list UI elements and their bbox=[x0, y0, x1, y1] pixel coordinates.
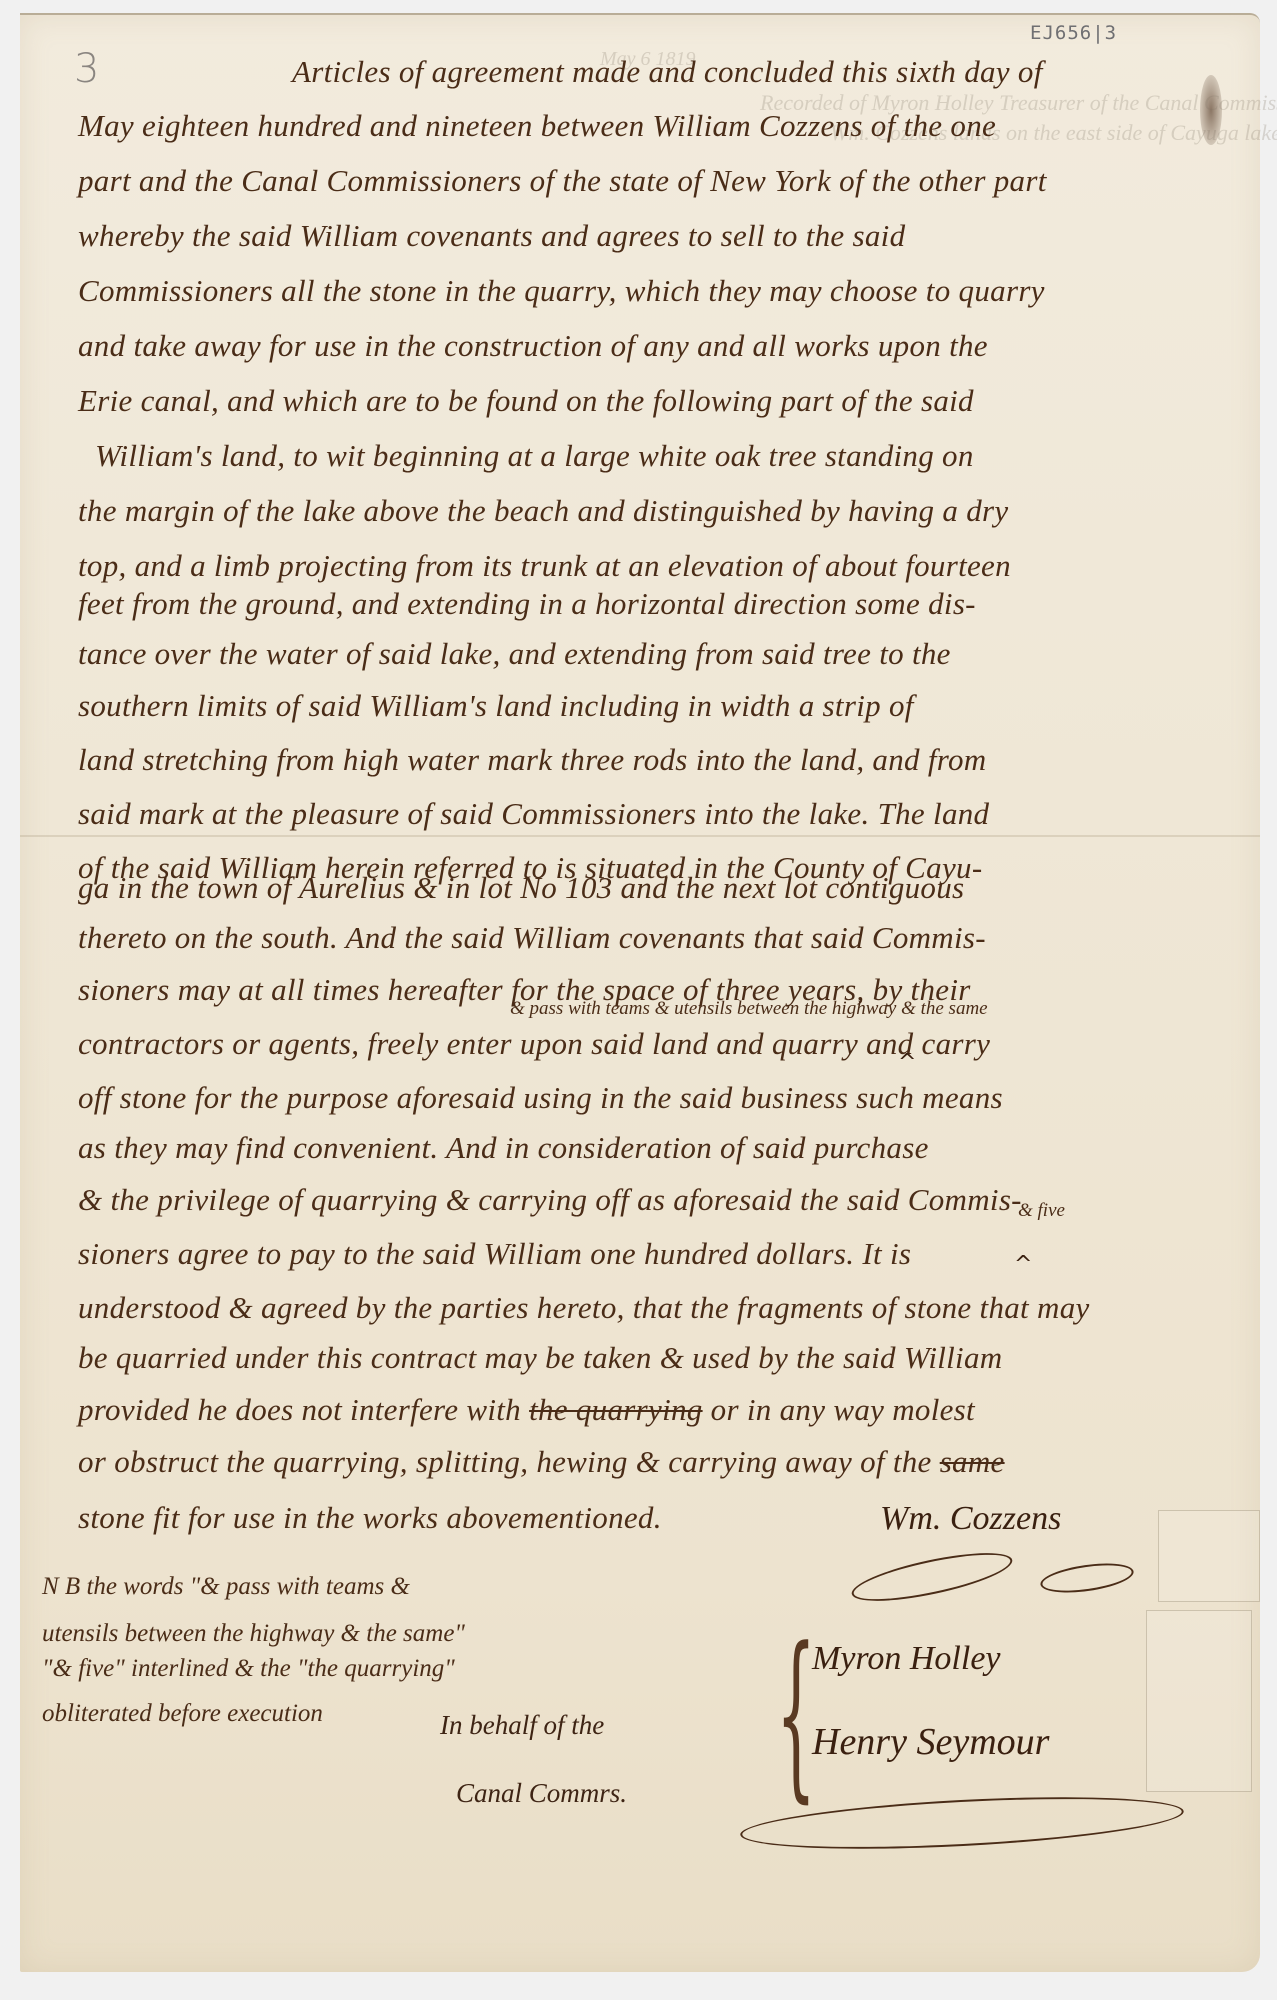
body-line-text: or in any way molest bbox=[711, 1392, 975, 1427]
body-line: tance over the water of said lake, and e… bbox=[78, 636, 951, 672]
body-line-with-deletion: provided he does not interfere with the … bbox=[78, 1392, 975, 1428]
body-line: and take away for use in the constructio… bbox=[78, 328, 988, 364]
body-line: May eighteen hundred and nineteen betwee… bbox=[78, 108, 996, 144]
nota-bene-line: "& five" interlined & the "the quarrying… bbox=[42, 1655, 455, 1683]
mounting-stub bbox=[1146, 1610, 1252, 1792]
struck-text: the quarrying bbox=[529, 1392, 703, 1427]
archive-stamp: EJ656|3 bbox=[1030, 22, 1117, 44]
body-line: land stretching from high water mark thr… bbox=[78, 742, 987, 778]
struck-text: same bbox=[940, 1444, 1005, 1479]
interlineation-pass-with-teams: & pass with teams & utensils between the… bbox=[510, 998, 988, 1020]
nota-bene-line: obliterated before execution bbox=[42, 1700, 323, 1728]
body-line: the margin of the lake above the beach a… bbox=[78, 493, 1008, 529]
body-line: part and the Canal Commissioners of the … bbox=[78, 163, 1047, 199]
body-line: top, and a limb projecting from its trun… bbox=[78, 548, 1011, 584]
interlineation-and-five: & five bbox=[1018, 1200, 1065, 1222]
body-line: contractors or agents, freely enter upon… bbox=[78, 1026, 990, 1062]
insertion-caret: ^ bbox=[1014, 1252, 1032, 1277]
body-line: Erie canal, and which are to be found on… bbox=[78, 383, 974, 419]
behalf-line: In behalf of the bbox=[440, 1710, 604, 1741]
mounting-stub bbox=[1158, 1510, 1260, 1602]
body-line: feet from the ground, and extending in a… bbox=[78, 586, 976, 622]
behalf-line: Canal Commrs. bbox=[456, 1778, 627, 1809]
body-line: as they may find convenient. And in cons… bbox=[78, 1130, 929, 1166]
insertion-caret: ^ bbox=[898, 1050, 916, 1075]
body-line: off stone for the purpose aforesaid usin… bbox=[78, 1080, 1003, 1116]
body-line: ga in the town of Aurelius & in lot No 1… bbox=[78, 870, 964, 906]
page-number: 3 bbox=[74, 46, 99, 92]
body-line: William's land, to wit beginning at a la… bbox=[95, 438, 974, 474]
body-line: said mark at the pleasure of said Commis… bbox=[78, 796, 989, 832]
body-line: southern limits of said William's land i… bbox=[78, 688, 914, 724]
body-line: & the privilege of quarrying & carrying … bbox=[78, 1182, 1022, 1218]
body-line-text: or obstruct the quarrying, splitting, he… bbox=[78, 1444, 932, 1479]
body-line: understood & agreed by the parties heret… bbox=[78, 1290, 1090, 1326]
signature-wm-cozzens: Wm. Cozzens bbox=[880, 1500, 1061, 1538]
body-line: be quarried under this contract may be t… bbox=[78, 1340, 1002, 1376]
body-line-with-deletion: or obstruct the quarrying, splitting, he… bbox=[78, 1444, 1005, 1480]
signature-henry-seymour: Henry Seymour bbox=[812, 1720, 1049, 1764]
body-line: Commissioners all the stone in the quarr… bbox=[78, 273, 1045, 309]
signature-myron-holley: Myron Holley bbox=[812, 1640, 1001, 1678]
body-line: sioners agree to pay to the said William… bbox=[78, 1236, 911, 1272]
body-line: whereby the said William covenants and a… bbox=[78, 218, 905, 254]
paper-fold-line bbox=[20, 835, 1260, 837]
body-line: thereto on the south. And the said Willi… bbox=[78, 920, 986, 956]
body-line: Articles of agreement made and concluded… bbox=[292, 54, 1043, 90]
nota-bene-line: N B the words "& pass with teams & bbox=[42, 1573, 410, 1601]
nota-bene-line: utensils between the highway & the same" bbox=[42, 1620, 465, 1648]
body-line: stone fit for use in the works abovement… bbox=[78, 1500, 662, 1536]
body-line-text: provided he does not interfere with bbox=[78, 1392, 521, 1427]
signature-brace: { bbox=[776, 1625, 816, 1805]
